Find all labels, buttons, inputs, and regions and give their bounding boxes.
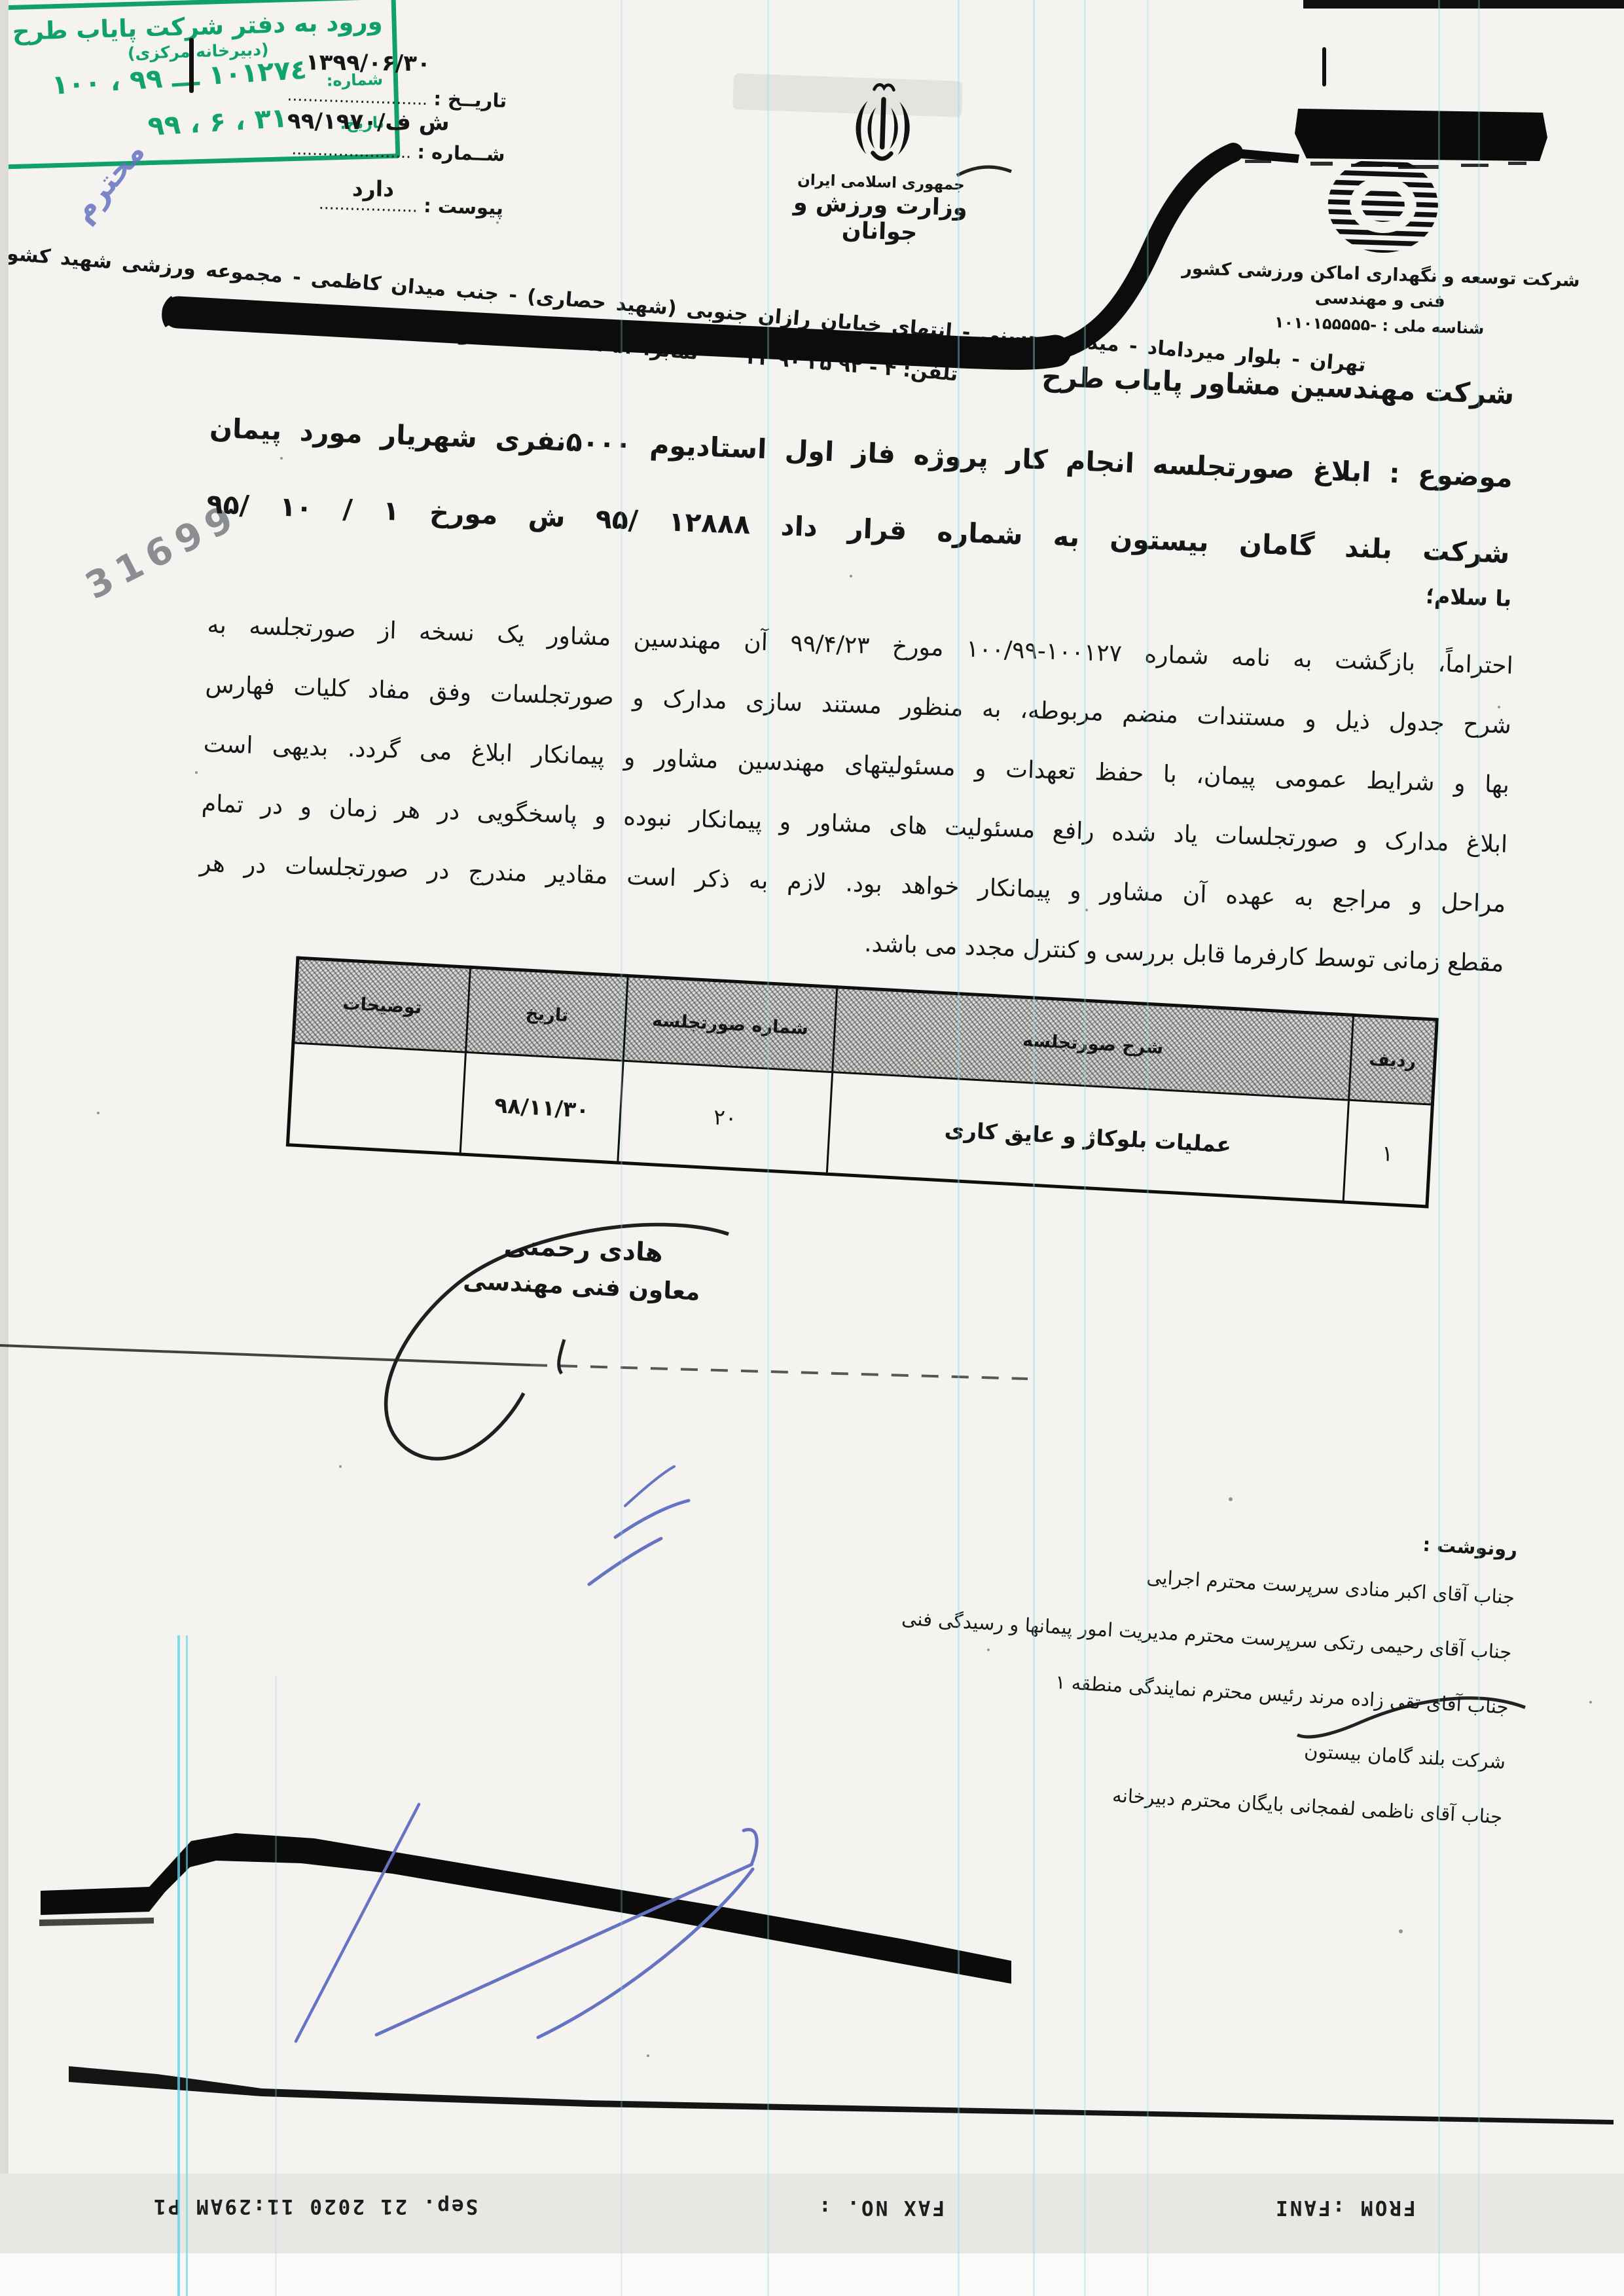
top-edge-line (1303, 0, 1624, 9)
letter-body: احتراماً، بازگشت به نامه شماره ۱۰۰۱۲۷-۱۰… (197, 595, 1514, 993)
scan-streak (1147, 0, 1149, 2296)
footer-phone: تلفن: ۴ - ۹۲ ۳۵ ۹۰ ۲۲ (746, 346, 959, 386)
cell-notes (287, 1043, 466, 1154)
scan-streak (275, 1676, 277, 2296)
fax-from-label: FROM :FANI (1274, 2196, 1416, 2219)
ministry-emblem-block: جمهوری اسلامی ایران وزارت ورزش و جوانان (791, 77, 973, 247)
page-bottom-margin (0, 2253, 1624, 2296)
number-handwritten-value: ش ف/۹۹/۱۹۷۰ (287, 108, 450, 136)
cell-minutes-number: ۲۰ (618, 1061, 833, 1174)
header-minutes-number: شماره صورتجلسه (623, 975, 837, 1072)
header-date: تاریخ (466, 967, 628, 1061)
date-handwritten-value: ۱۳۹۹/۰۶/۳۰ (306, 49, 431, 77)
ministry-name: وزارت ورزش و جوانان (791, 190, 969, 247)
pen-swoosh-right (538, 1869, 753, 2037)
scan-edge-shadow (0, 0, 9, 2296)
signature-block: هادی رحمتی معاون فنی مهندسی (395, 1226, 770, 1309)
date-label: تاریــخ : (433, 87, 507, 111)
signatory-name: هادی رحمتی (397, 1226, 771, 1273)
date-dotted-line: ........................... (287, 85, 427, 109)
pen-diagonal-line (296, 1804, 419, 2041)
subject-block: موضوع : ابلاغ صورتجلسه انجام کار پروژه ف… (206, 390, 1514, 592)
scanned-letter-page: ۱۳۹۹/۰۶/۳۰ تاریــخ : ...................… (0, 0, 1624, 2296)
minutes-table: ردیف شرح صورتجلسه شماره صورتجلسه تاریخ ت… (286, 956, 1439, 1208)
scan-streak-bright (177, 1635, 180, 2296)
cell-date: ۹۸/۱۱/۳۰ (461, 1052, 623, 1163)
toner-band-echo (39, 1918, 154, 1926)
signatory-title: معاون فنی مهندسی (395, 1264, 768, 1309)
registration-tick-right (1322, 47, 1326, 86)
issuing-company-block: شرکت توسعه و نگهداری اماکن ورزشی کشور فن… (1180, 145, 1584, 340)
fax-number-label: FAX NO. : (817, 2196, 945, 2219)
cell-row-number: ۱ (1343, 1100, 1432, 1207)
scan-streak (1033, 0, 1035, 2296)
meta-number-row: ش ف/۹۹/۱۹۷۰ شــماره : ..................… (217, 107, 506, 170)
toner-taper-line (69, 2066, 1614, 2124)
artifact-line-dashed (530, 1365, 1028, 1379)
scan-streak (767, 0, 769, 2296)
scan-streak (958, 0, 960, 2296)
signature-flick (559, 1339, 564, 1374)
iran-emblem-icon (844, 79, 922, 173)
fax-timestamp: Sep. 21 2020 11:29AM P1 (152, 2195, 478, 2218)
number-label: شــماره : (417, 141, 505, 166)
minutes-table-wrapper: ردیف شرح صورتجلسه شماره صورتجلسه تاریخ ت… (286, 956, 1439, 1208)
scan-streak (1478, 0, 1480, 2296)
scan-streak (1084, 0, 1086, 2296)
scan-streak (621, 0, 623, 2296)
meta-date-row: ۱۳۹۹/۰۶/۳۰ تاریــخ : ...................… (219, 53, 508, 116)
number-dotted-line: ....................... (291, 139, 412, 162)
company-logo-icon (1320, 150, 1445, 260)
footer-website: وب سایت: www.tanavar.ir (196, 301, 473, 346)
header-row-number: ردیف (1348, 1015, 1437, 1104)
header-notes: توضیحات (293, 958, 471, 1052)
attachment-label: پیوست : (424, 194, 504, 219)
pen-swoosh-left (376, 1865, 751, 2035)
attachment-dotted-line: ................... (319, 194, 418, 216)
pen-swoosh-hook (744, 1829, 757, 1865)
cc-block: رونوشت : جناب آقای اکبر منادی سرپرست محت… (520, 1484, 1518, 1844)
scan-streak (1438, 0, 1440, 2296)
meta-attachment-row: دارد پیوست : ................... (215, 160, 504, 223)
letterhead-meta-block: ۱۳۹۹/۰۶/۳۰ تاریــخ : ...................… (215, 53, 508, 223)
scan-streak-bright (186, 1635, 188, 2296)
artifact-line-solid (0, 1345, 530, 1365)
company-national-id: شناسه ملی : -۱۰۱۰۱۵۵۵۵۵ (1180, 310, 1579, 340)
